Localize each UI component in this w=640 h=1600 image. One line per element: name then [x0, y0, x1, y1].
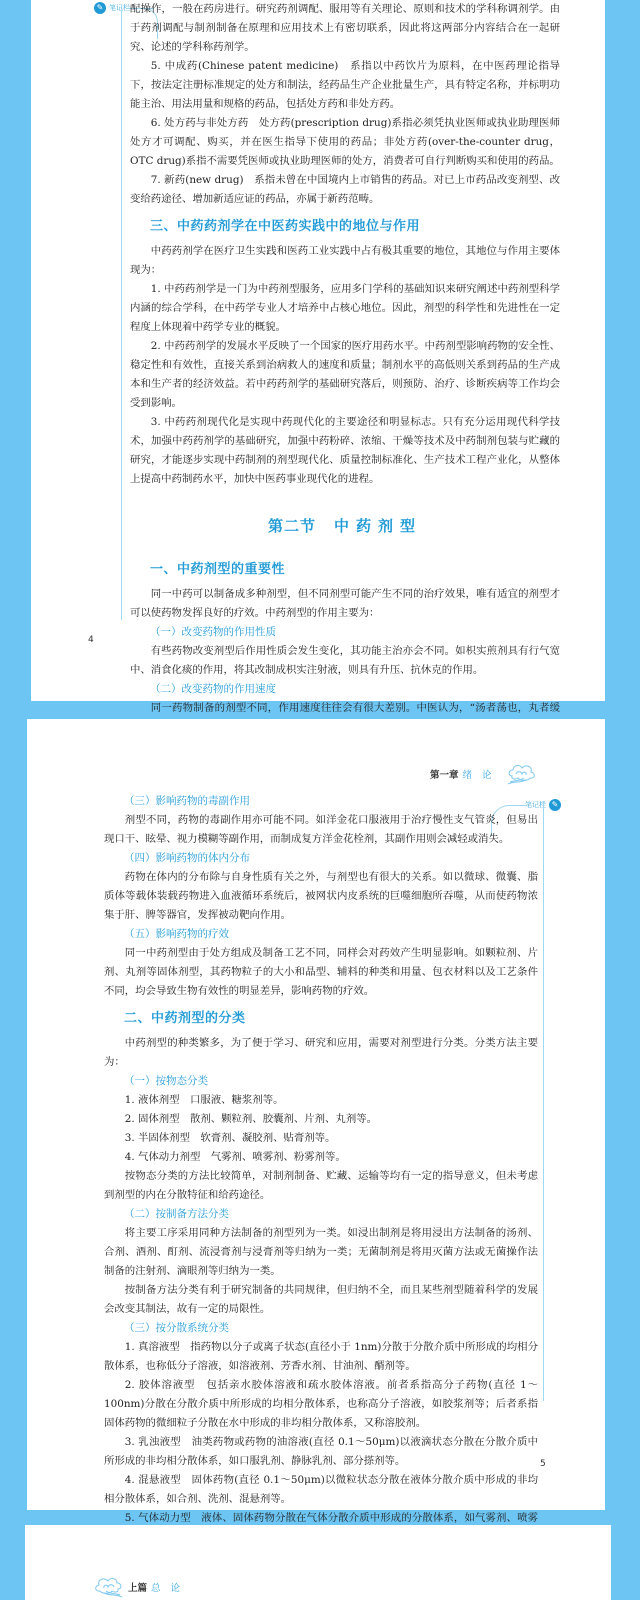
list-item: 4. 混悬液型 固体药物(直径 0.1～50μm)以微粒状态分散在液体分散介质中… — [104, 1471, 538, 1509]
paragraph: 3. 中药药剂现代化是实现中药现代化的主要途径和明显标志。只有充分运用现代科学技… — [130, 413, 560, 489]
paragraph: 将主要工序采用同种方法制备的剂型列为一类。如浸出制剂是将用浸出方法制备的汤剂、合… — [104, 1224, 538, 1281]
list-item: 1. 液体剂型 口服液、糖浆剂等。 — [104, 1091, 538, 1110]
margin-rule — [543, 801, 544, 1401]
page-5: 第一章 绪论 笔记栏 ✎ （三）影响药物的毒副作用 剂型不同，药物的毒副作用亦可… — [27, 719, 605, 1510]
paragraph: 6. 处方药与非处方药 处方药(prescription drug)系指必须凭执… — [130, 114, 560, 171]
subsection-heading: （二）按制备方法分类 — [124, 1205, 538, 1224]
part-title: 总论 — [151, 1580, 190, 1594]
subsection-heading: （二）改变药物的作用速度 — [150, 680, 560, 699]
paragraph: 7. 新药(new drug) 系指未曾在中国境内上市销售的药品。对已上市药品改… — [130, 171, 560, 209]
page-4: ✎ 笔记栏 配操作，一般在药房进行。研究药剂调配、服用等有关理论、原则和技术的学… — [31, 0, 605, 701]
list-item: 4. 气体动力剂型 气雾剂、喷雾剂、粉雾剂等。 — [104, 1148, 538, 1167]
subsection-heading: （三）按分散系统分类 — [124, 1319, 538, 1338]
chapter-label: 第一章 — [430, 767, 459, 781]
section-heading: 二、中药剂型的分类 — [124, 1009, 538, 1028]
paragraph: 剂型不同，药物的毒副作用亦可能不同。如洋金花口服液用于治疗慢性支气管炎，但易出现… — [104, 811, 538, 849]
chapter-title: 绪论 — [463, 767, 502, 781]
cloud-ornament-icon — [506, 762, 538, 786]
list-item: 3. 半固体剂型 软膏剂、凝胶剂、贴膏剂等。 — [104, 1129, 538, 1148]
notes-column-tag: ✎ 笔记栏 — [94, 2, 130, 14]
margin-rule — [121, 6, 122, 620]
paragraph: 按物态分类的方法比较简单，对制剂制备、贮藏、运输等均有一定的指导意义，但未考虑到… — [104, 1167, 538, 1205]
paragraph: 有些药物改变剂型后作用性质会发生变化，其功能主治亦会不同。如枳实煎剂具有行气宽中… — [130, 642, 560, 680]
cloud-ornament-icon — [92, 1575, 124, 1599]
page-number: 4 — [88, 635, 94, 645]
paragraph: 配操作，一般在药房进行。研究药剂调配、服用等有关理论、原则和技术的学科称调剂学。… — [130, 0, 560, 57]
part-label: 上篇 — [128, 1580, 147, 1594]
paragraph: 1. 中药药剂学是一门为中药剂型服务，应用多门学科的基础知识来研究阐述中药剂型科… — [130, 280, 560, 337]
list-item: 2. 固体剂型 散剂、颗粒剂、胶囊剂、片剂、丸剂等。 — [104, 1110, 538, 1129]
page-5-body: （三）影响药物的毒副作用 剂型不同，药物的毒副作用亦可能不同。如洋金花口服液用于… — [104, 792, 538, 1585]
pencil-icon: ✎ — [94, 2, 106, 14]
running-head: 上篇 总论 — [92, 1575, 190, 1599]
subsection-heading: （一）按物态分类 — [124, 1072, 538, 1091]
paragraph: 中药剂型的种类繁多，为了便于学习、研究和应用，需要对剂型进行分类。分类方法主要为… — [104, 1034, 538, 1072]
list-item: 2. 胶体溶液型 包括亲水胶体溶液和疏水胶体溶液。前者系指高分子药物(直径 1～… — [104, 1376, 538, 1433]
paragraph: 同一中药剂型由于处方组成及制备工艺不同，同样会对药效产生明显影响。如颗粒剂、片剂… — [104, 944, 538, 1001]
page-number: 5 — [540, 1459, 546, 1469]
subsection-heading: （四）影响药物的体内分布 — [124, 849, 538, 868]
section-heading: 三、中药药剂学在中医药实践中的地位与作用 — [150, 217, 560, 236]
subsection-heading: （一）改变药物的作用性质 — [150, 623, 560, 642]
paragraph: 药物在体内的分布除与自身性质有关之外，与剂型也有很大的关系。如以微球、微囊、脂质… — [104, 868, 538, 925]
section-heading: 一、中药剂型的重要性 — [150, 560, 560, 579]
chapter-section-title: 第二节中药剂型 — [130, 517, 560, 536]
section-number: 第二节 — [268, 517, 316, 535]
page-4-body: 配操作，一般在药房进行。研究药剂调配、服用等有关理论、原则和技术的学科称调剂学。… — [130, 0, 560, 775]
paragraph: 按制备方法分类有利于研究制备的共同规律，但归纳不全，而且某些剂型随着科学的发展会… — [104, 1281, 538, 1319]
subsection-heading: （三）影响药物的毒副作用 — [124, 792, 538, 811]
paragraph: 2. 中药药剂学的发展水平反映了一个国家的医疗用药水平。中药剂型影响药物的安全性… — [130, 337, 560, 413]
paragraph: 同一中药可以制备成多种剂型，但不同剂型可能产生不同的治疗效果，唯有适宜的剂型才可… — [130, 585, 560, 623]
section-name: 中药剂型 — [334, 517, 422, 535]
subsection-heading: （五）影响药物的疗效 — [124, 925, 538, 944]
page-6: 上篇 总论 — [25, 1525, 611, 1600]
pencil-icon: ✎ — [549, 799, 561, 811]
list-item: 3. 乳浊液型 油类药物或药物的油溶液(直径 0.1～50μm)以液滴状态分散在… — [104, 1433, 538, 1471]
paragraph: 5. 中成药(Chinese patent medicine) 系指以中药饮片为… — [130, 57, 560, 114]
running-head: 第一章 绪论 — [430, 762, 538, 786]
list-item: 1. 真溶液型 指药物以分子或离子状态(直径小于 1nm)分散于分散介质中所形成… — [104, 1338, 538, 1376]
paragraph: 中药药剂学在医疗卫生实践和医药工业实践中占有极其重要的地位，其地位与作用主要体现… — [130, 242, 560, 280]
